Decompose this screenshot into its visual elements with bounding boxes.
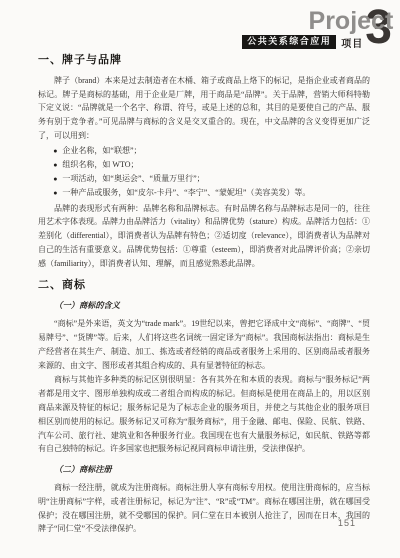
bullet-icon: ●: [53, 172, 57, 186]
section-heading-brand: 一、牌子与品牌: [38, 54, 370, 68]
document-page: Project 公共关系综合应用 项目 3 一、牌子与品牌 牌子（brand）本…: [0, 0, 400, 558]
project-label: Project: [309, 10, 394, 34]
page-number: 151: [338, 518, 356, 528]
paragraph-trademark-definition: “商标”是外来语，英文为“trade mark”。19世纪以来，曾把它译成中文“…: [38, 317, 370, 372]
project-label-cn: 项目: [341, 35, 363, 50]
bullet-icon: ●: [53, 144, 57, 158]
paragraph-brand-forms: 品牌的表现形式有两种：品牌名称和品牌标志。有时品牌名称与品牌标志是同一的，往往用…: [38, 202, 370, 271]
brand-usage-list: ● 企业名称，如“联想”； ● 组织名称，如 WTO； ● 一项活动，如“奥运会…: [38, 144, 370, 201]
paragraph-trademark-registration: 商标一经注册，就成为注册商标。商标注册人享有商标专用权。使用注册商标的，应当标明…: [38, 481, 370, 536]
list-item-text: 企业名称，如“联想”；: [62, 144, 141, 158]
paragraph-brand-intro: 牌子（brand）本来是过去制造者在木桶、箱子或商品上烙下的标记，是指企业或者商…: [38, 74, 370, 143]
bullet-icon: ●: [53, 158, 57, 172]
list-item: ● 一种产品或服务，如“皮尔-卡丹”、“李宁”、“蒙妮坦”（美容美发）等。: [38, 186, 370, 200]
list-item-text: 组织名称，如 WTO；: [62, 158, 138, 172]
chapter-header: Project 公共关系综合应用 项目 3: [242, 10, 392, 50]
paragraph-trademark-vs-servicemark: 商标与其他许多种类的标记区别很明显：各有其外在和本质的表现。商标与“服务标记”两…: [38, 373, 370, 456]
chapter-title-banner: 公共关系综合应用: [242, 35, 336, 49]
bullet-icon: ●: [53, 186, 57, 200]
subsection-title-registration: （二）商标注册: [38, 463, 370, 477]
list-item: ● 企业名称，如“联想”；: [38, 144, 370, 158]
list-item-text: 一项活动，如“奥运会”、“质量万里行”；: [62, 172, 204, 186]
list-item-text: 一种产品或服务，如“皮尔-卡丹”、“李宁”、“蒙妮坦”（美容美发）等。: [62, 186, 310, 200]
subsection-title-meaning: （一）商标的含义: [38, 299, 370, 313]
page-content: 一、牌子与品牌 牌子（brand）本来是过去制造者在木桶、箱子或商品上烙下的标记…: [38, 54, 370, 537]
list-item: ● 一项活动，如“奥运会”、“质量万里行”；: [38, 172, 370, 186]
list-item: ● 组织名称，如 WTO；: [38, 158, 370, 172]
section-heading-trademark: 二、商标: [38, 279, 370, 293]
